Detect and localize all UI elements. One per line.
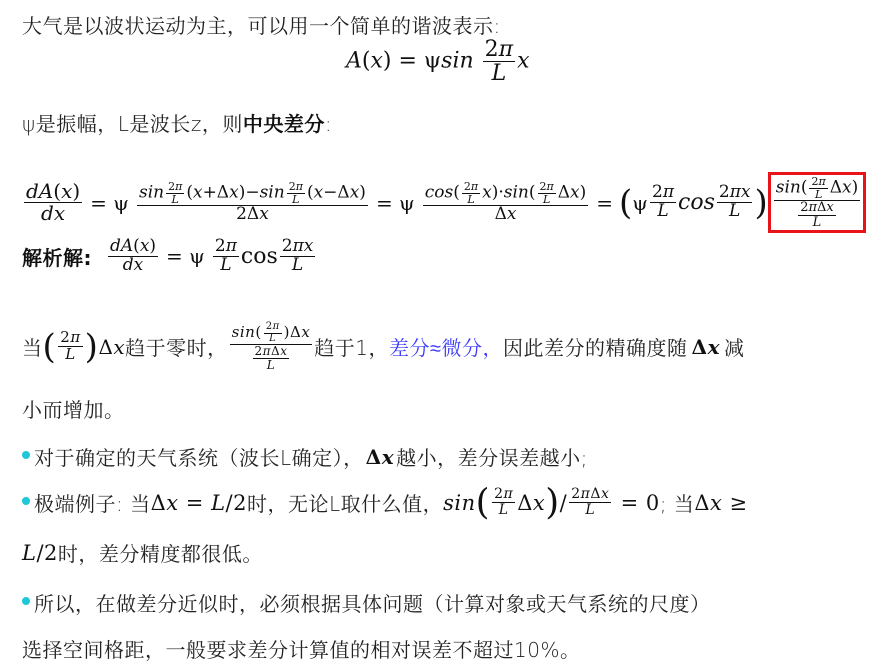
- bullet-item-2: 极端例子: 当 Δx = L/2 时，无论L取什么值， sin(2πLΔx)/2…: [22, 482, 748, 523]
- text: 当: [22, 332, 43, 361]
- central-difference-equation: dA(x)dx = ψ sin2πL(x+Δx)−sin2πL(x−Δx) 2Δ…: [22, 172, 866, 233]
- text: 因此差分的精确度随: [503, 332, 688, 361]
- bullet-item-3-line2: 选择空间格距，一般要求差分计算值的相对误差不超过10%。: [22, 634, 580, 663]
- limit-paragraph-line2: 小而增加。: [22, 394, 125, 423]
- bullet-dot-icon: [22, 497, 30, 505]
- intro-text: 大气是以波状运动为主，可以用一个简单的谐波表示:: [22, 10, 501, 39]
- analytic-formula: dA(x)dx = ψ 2πL cos 2πxL: [106, 238, 317, 275]
- highlight-box: sin(2πLΔx) 2πΔxL: [768, 172, 867, 233]
- text: 减: [724, 332, 745, 361]
- colon: :: [325, 112, 332, 136]
- central-difference-term: 中央差分: [243, 112, 325, 136]
- text: ; 当: [660, 488, 695, 517]
- limit-paragraph: 当 (2πL)Δx 趋于零时， sin(2πL)Δx 2πΔxL 趋于1， 差分…: [22, 322, 745, 371]
- text: 越小，差分误差越小;: [396, 442, 588, 471]
- bullet-item-2-line2: L/2 时，差分精度都很低。: [22, 538, 263, 567]
- text: 时，差分精度都很低。: [58, 538, 263, 567]
- text: 对于确定的天气系统（波长L确定），: [34, 442, 364, 471]
- text: 趋于1，: [314, 332, 389, 361]
- bullet-dot-icon: [22, 597, 30, 605]
- bullet-item-3: 所以，在做差分近似时，必须根据具体问题（计算对象或天气系统的尺度）: [22, 588, 711, 617]
- bullet-dot-icon: [22, 451, 30, 459]
- harmonic-formula: A(x) = ψsin 2πLx: [346, 38, 530, 85]
- text: 时，无论L取什么值，: [247, 488, 443, 517]
- text: 极端例子: 当: [34, 488, 151, 517]
- analytic-label: 解析解:: [22, 242, 92, 271]
- analytic-solution: 解析解: dA(x)dx = ψ 2πL cos 2πxL: [22, 238, 317, 275]
- difference-approx-derivative: 差分≈微分，: [389, 332, 503, 361]
- bullet-item-1: 对于确定的天气系统（波长L确定）， Δx 越小，差分误差越小;: [22, 442, 588, 471]
- definition-line: ψ是振幅，L是波长z，则中央差分:: [22, 108, 332, 137]
- definition-prefix: ψ是振幅，L是波长z，则: [22, 112, 243, 136]
- text: 所以，在做差分近似时，必须根据具体问题（计算对象或天气系统的尺度）: [34, 588, 711, 617]
- text: 趋于零时，: [125, 332, 228, 361]
